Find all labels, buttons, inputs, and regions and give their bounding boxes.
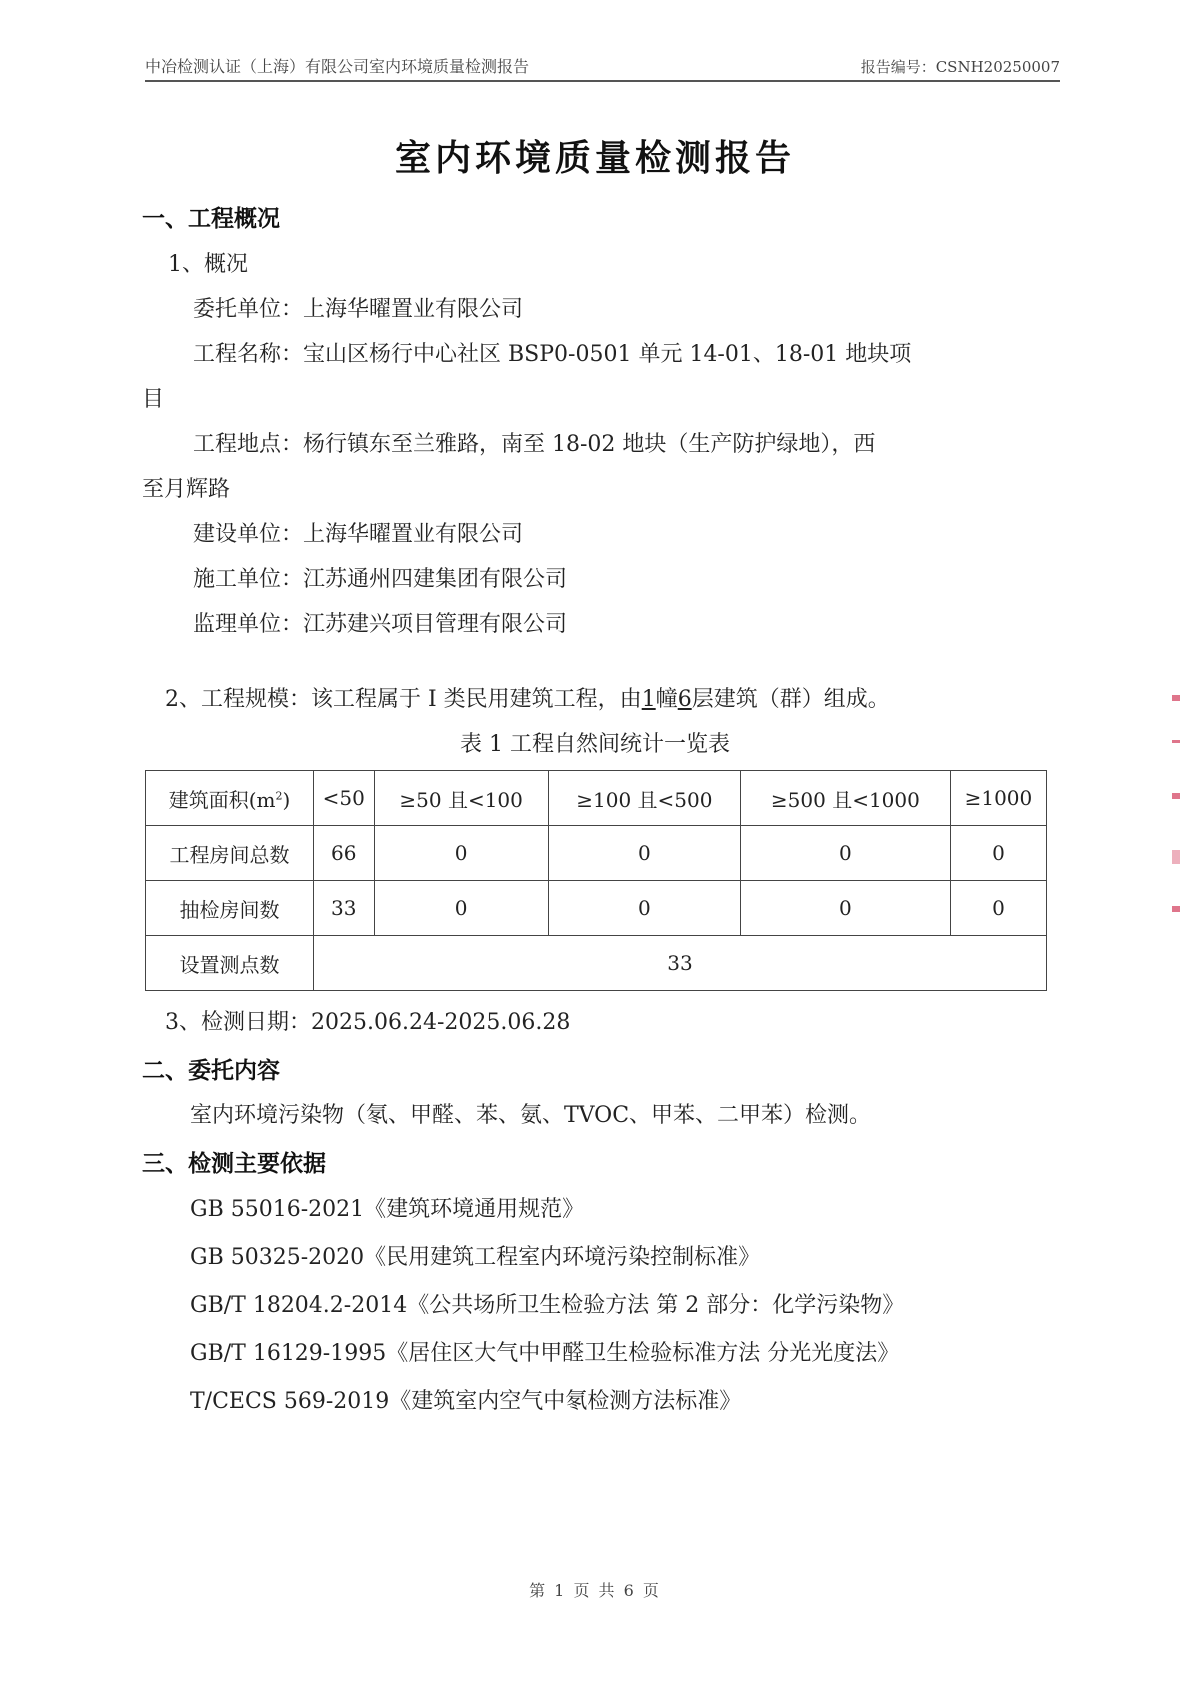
scale-floors: 6 (678, 687, 692, 712)
section-1-heading: 一、工程概况 (142, 200, 280, 233)
row-label: 抽检房间数 (146, 881, 314, 936)
supervisor-line: 监理单位：江苏建兴项目管理有限公司 (193, 607, 567, 638)
header-cell: ≥1000 (950, 771, 1046, 826)
header-org: 中冶检测认证（上海）有限公司室内环境质量检测报告 (145, 54, 529, 77)
standard-item: T/CECS 569-2019《建筑室内空气中氡检测方法标准》 (190, 1384, 741, 1415)
subsection-overview: 1、概况 (168, 247, 248, 278)
standard-item: GB/T 16129-1995《居住区大气中甲醛卫生检验标准方法 分光光度法》 (190, 1336, 899, 1367)
standard-item: GB 55016-2021《建筑环境通用规范》 (190, 1192, 584, 1223)
header-report-number: 报告编号：CSNH20250007 (861, 56, 1060, 77)
seal-mark (1172, 740, 1180, 743)
table-cell: 66 (314, 826, 375, 881)
table-row: 工程房间总数 66 0 0 0 0 (146, 826, 1047, 881)
table-row: 设置测点数 33 (146, 936, 1047, 991)
table-cell: 0 (548, 881, 740, 936)
project-location-continuation: 至月辉路 (142, 472, 230, 503)
standard-item: GB 50325-2020《民用建筑工程室内环境污染控制标准》 (190, 1240, 760, 1271)
standard-item: GB/T 18204.2-2014《公共场所卫生检验方法 第 2 部分：化学污染… (190, 1288, 904, 1319)
table-cell: 0 (740, 881, 950, 936)
header-cell: <50 (314, 771, 375, 826)
page-footer: 第 1 页 共 6 页 (0, 1578, 1190, 1601)
table-cell: 0 (740, 826, 950, 881)
page-header: 中冶检测认证（上海）有限公司室内环境质量检测报告 报告编号：CSNH202500… (145, 52, 1060, 82)
row-label: 设置测点数 (146, 936, 314, 991)
row-label: 工程房间总数 (146, 826, 314, 881)
scale-prefix: 2、工程规模：该工程属于 Ⅰ 类民用建筑工程，由 (165, 687, 642, 712)
table-cell: 0 (374, 826, 548, 881)
table-cell: 0 (548, 826, 740, 881)
test-date-line: 3、检测日期：2025.06.24-2025.06.28 (165, 1005, 570, 1036)
seal-mark (1172, 906, 1180, 912)
project-name-continuation: 目 (142, 382, 164, 413)
scale-suffix: 层建筑（群）组成。 (692, 687, 890, 712)
table-caption: 表 1 工程自然间统计一览表 (0, 727, 1190, 758)
header-cell-area: 建筑面积(m2) (146, 771, 314, 826)
section-2-heading: 二、委托内容 (142, 1052, 280, 1085)
seal-mark (1172, 850, 1180, 864)
table-cell: 33 (314, 936, 1047, 991)
header-cell: ≥50 且<100 (374, 771, 548, 826)
project-scale-line: 2、工程规模：该工程属于 Ⅰ 类民用建筑工程，由1幢6层建筑（群）组成。 (165, 682, 890, 713)
table-header-row: 建筑面积(m2) <50 ≥50 且<100 ≥100 且<500 ≥500 且… (146, 771, 1047, 826)
builder-line: 建设单位：上海华曜置业有限公司 (193, 517, 523, 548)
section-3-heading: 三、检测主要依据 (142, 1145, 326, 1178)
scale-mid: 幢 (656, 687, 678, 712)
seal-mark (1172, 793, 1180, 799)
header-cell: ≥100 且<500 (548, 771, 740, 826)
document-title: 室内环境质量检测报告 (0, 130, 1190, 181)
seal-mark (1172, 695, 1180, 701)
commission-content: 室内环境污染物（氡、甲醛、苯、氨、TVOC、甲苯、二甲苯）检测。 (190, 1098, 871, 1129)
table-cell: 0 (950, 826, 1046, 881)
header-cell: ≥500 且<1000 (740, 771, 950, 826)
project-location-line: 工程地点：杨行镇东至兰雅路，南至 18-02 地块（生产防护绿地），西 (193, 427, 875, 458)
room-statistics-table: 建筑面积(m2) <50 ≥50 且<100 ≥100 且<500 ≥500 且… (145, 770, 1047, 991)
table-cell: 0 (374, 881, 548, 936)
client-line: 委托单位：上海华曜置业有限公司 (193, 292, 523, 323)
scale-buildings: 1 (642, 687, 656, 712)
table-row: 抽检房间数 33 0 0 0 0 (146, 881, 1047, 936)
table-cell: 33 (314, 881, 375, 936)
contractor-line: 施工单位：江苏通州四建集团有限公司 (193, 562, 567, 593)
project-name-line: 工程名称：宝山区杨行中心社区 BSP0-0501 单元 14-01、18-01 … (193, 337, 911, 368)
table-cell: 0 (950, 881, 1046, 936)
